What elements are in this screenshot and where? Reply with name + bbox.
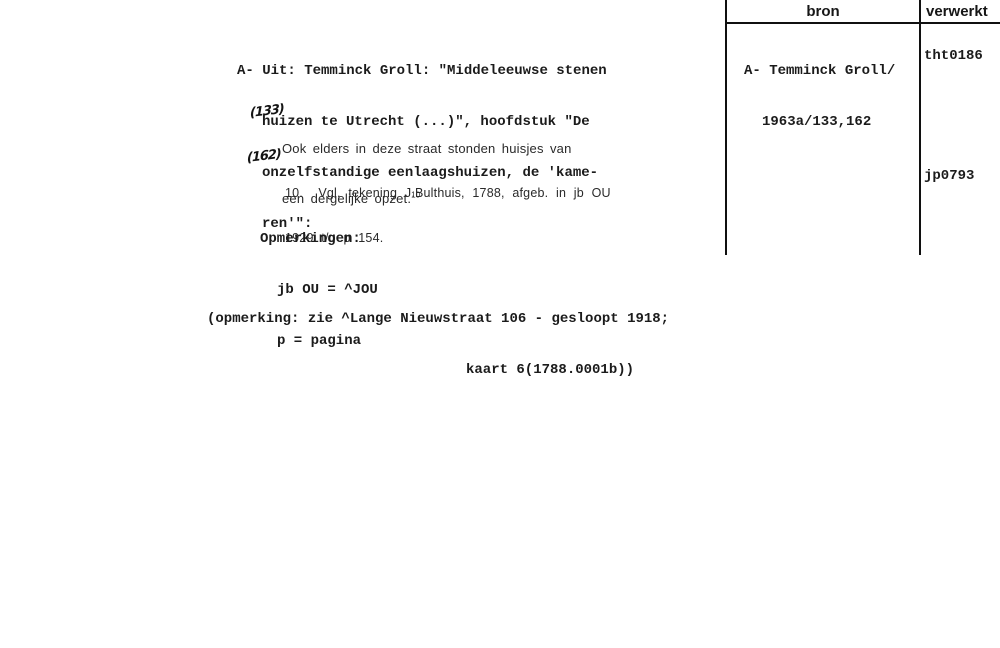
bron-entry-line-1: A- Temminck Groll/	[744, 63, 895, 80]
source-heading-line-1: A- Uit: Temminck Groll: "Middeleeuwse st…	[237, 63, 607, 80]
table-middle-rule	[919, 0, 921, 255]
bron-entry-line-2: 1963a/133,162	[762, 114, 895, 131]
bottom-note-line-1: (opmerking: zie ^Lange Nieuwstraat 106 -…	[207, 311, 669, 328]
verwerkt-entry-2: jp0793	[924, 168, 974, 185]
remarks-title: Opmerkingen:	[260, 231, 378, 248]
bron-entry: A- Temminck Groll/ 1963a/133,162	[744, 29, 895, 148]
bottom-note: (opmerking: zie ^Lange Nieuwstraat 106 -…	[207, 277, 669, 396]
verwerkt-entry-1: tht0186	[924, 48, 983, 65]
table-left-rule	[725, 0, 727, 255]
bottom-note-line-2: kaart 6(1788.0001b))	[466, 362, 669, 379]
table-header-rule	[725, 22, 1000, 24]
table-header-verwerkt: verwerkt	[926, 3, 988, 20]
table-header-bron: bron	[727, 3, 919, 20]
